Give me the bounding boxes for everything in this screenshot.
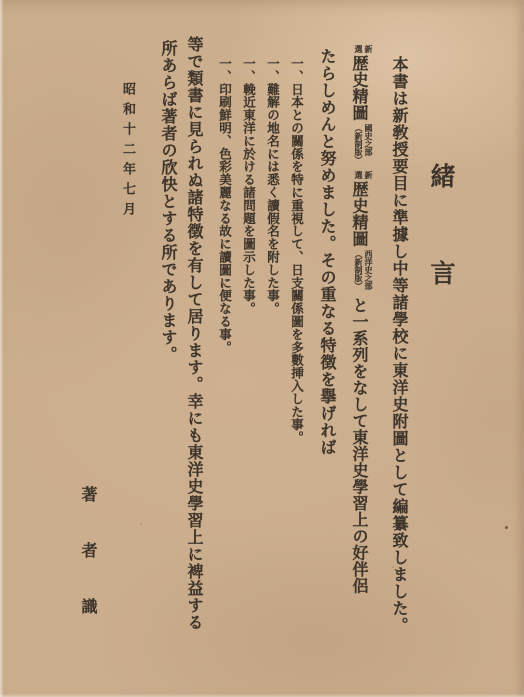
paper-speck — [140, 523, 142, 525]
series1-prefix-left: 選 — [353, 45, 363, 53]
date-line: 昭和十二年七月 — [122, 82, 135, 222]
series1-title: 歴史精圖 — [350, 55, 367, 121]
feature-item-4: 一、印刷鮮明、色彩美麗なる故に讀圖に便なる事。 — [218, 57, 231, 354]
series1-note-sub: （新制版） — [353, 124, 363, 164]
series1-prefix-right: 新 — [363, 45, 373, 53]
series1-note: 國史之部（新制版） — [353, 124, 373, 164]
continuation-paragraph: たらしめんと努めました。その重なる特徴を擧げれば — [318, 48, 334, 456]
feature-item-3: 一、輓近東洋に於ける諸問題を圖示した事。 — [242, 57, 255, 315]
page-title: 緒言 — [428, 163, 453, 357]
series1-note-main: 國史之部 — [363, 124, 373, 164]
series2-prefix-left: 選 — [353, 171, 363, 179]
series2-note-main: 西洋史之部 — [363, 250, 373, 290]
series2-title: 歴史精圖 — [350, 181, 367, 247]
closing-paragraph-2: 所あらば著者の欣快とする所であります。 — [159, 40, 175, 363]
scanned-book-page: 緒言 本書は新敎授要目に準據し中等諸學校に東洋史附圖として編纂致しました。 新選… — [0, 0, 524, 697]
author-signature: 著者識 — [79, 486, 95, 654]
series2-prefix: 新選 — [353, 171, 373, 179]
series2-note-sub: （新制版） — [353, 250, 363, 290]
feature-item-1: 一、日本との關係を特に重視して、日支關係圖を多數挿入した事。 — [290, 57, 303, 444]
opening-paragraph: 本書は新敎授要目に準據し中等諸學校に東洋史附圖として編纂致しました。 — [390, 56, 406, 634]
closing-paragraph-1: 等で類書に見られぬ諸特徴を有して居ります。幸にも東洋史學習上に裨益する — [185, 36, 201, 631]
paper-speck — [505, 526, 508, 529]
paper-speck — [392, 566, 394, 568]
series2-prefix-right: 新 — [363, 171, 373, 179]
series-reference-column: 新選歴史精圖國史之部（新制版）新選歴史精圖西洋史之部（新制版）と一系列をなして東… — [350, 45, 373, 594]
feature-item-2: 一、難解の地名には悉く讀假名を附した事。 — [266, 57, 279, 315]
series2-note: 西洋史之部（新制版） — [353, 250, 373, 290]
series-tail-text: と一系列をなして東洋史學習上の好伴侶 — [350, 297, 367, 594]
series1-prefix: 新選 — [353, 45, 373, 53]
